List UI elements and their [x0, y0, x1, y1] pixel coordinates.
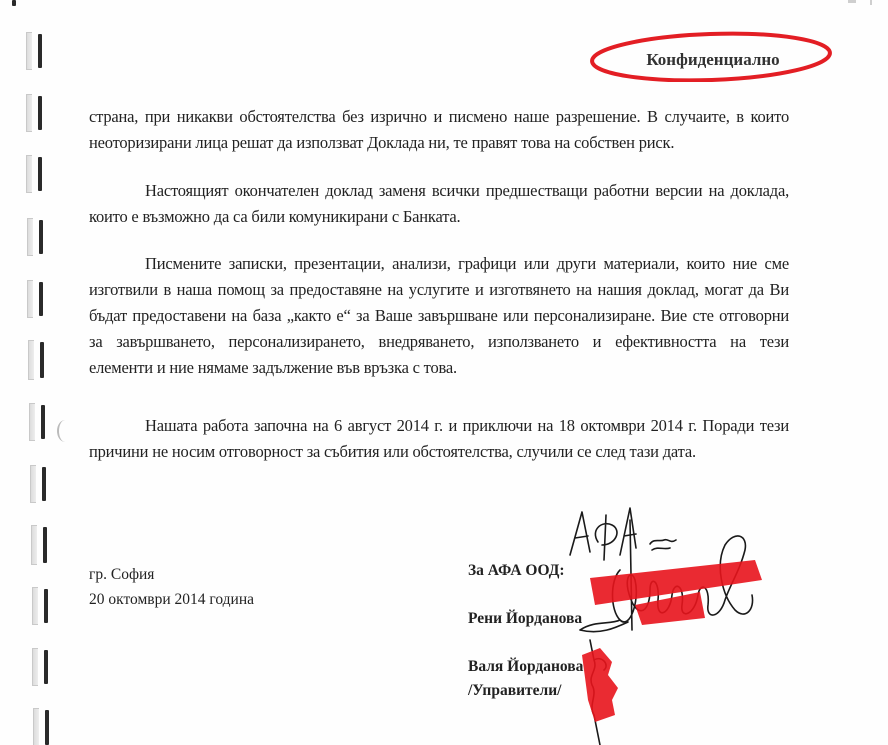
place-and-date: гр. София 20 октомври 2014 година: [89, 562, 254, 612]
text-line: неоторизирани лица решат да използват До…: [89, 130, 789, 156]
binder-hole: [32, 587, 42, 623]
binder-hole: [26, 155, 36, 191]
binder-hole: [27, 280, 37, 316]
scan-artifact: [57, 420, 73, 442]
binder-hole: [29, 403, 39, 439]
paragraph-final-report: Настоящият окончателен доклад заменя вси…: [89, 178, 789, 230]
paragraph-work-period: Нашата работа започна на 6 август 2014 г…: [89, 413, 789, 465]
scan-artifact: [848, 0, 878, 6]
binder-holes: [0, 0, 60, 745]
text-line: които е възможно да са били комуникирани…: [89, 204, 789, 230]
text-line: Писмените записки, презентации, анализи,…: [89, 251, 789, 277]
city: гр. София: [89, 562, 254, 587]
text-line: елементи и ние нямаме задължение във връ…: [89, 355, 789, 381]
scanned-document-page: Конфиденциално страна, при никакви обсто…: [0, 0, 888, 745]
confidential-header: Конфиденциално: [588, 28, 838, 86]
binder-hole: [28, 340, 38, 378]
text-line: страна, при никакви обстоятелства без из…: [89, 104, 789, 130]
text-line: Настоящият окончателен доклад заменя вси…: [89, 178, 789, 204]
binder-hole: [33, 708, 43, 745]
text-line: бъдат предоставени на база „както е“ за …: [89, 303, 789, 329]
binder-hole: [32, 648, 42, 684]
binder-hole: [30, 465, 40, 501]
binder-hole: [31, 525, 41, 563]
text-line: изготвили в наша помощ за предоставяне н…: [89, 277, 789, 303]
paragraph-materials: Писмените записки, презентации, анализи,…: [89, 251, 789, 381]
text-line: причини не носим отговорност за събития …: [89, 439, 789, 465]
binder-hole: [26, 94, 36, 130]
redaction-marks: [582, 560, 762, 722]
signatures: [540, 500, 800, 745]
paragraph-unauthorized-use: страна, при никакви обстоятелства без из…: [89, 104, 789, 156]
text-line: за завършването, персонализирането, внед…: [89, 329, 789, 355]
binder-hole: [26, 32, 36, 68]
binder-hole: [27, 218, 37, 254]
date: 20 октомври 2014 година: [89, 587, 254, 612]
text-line: Нашата работа започна на 6 август 2014 г…: [89, 413, 789, 439]
confidential-label: Конфиденциално: [588, 28, 838, 86]
